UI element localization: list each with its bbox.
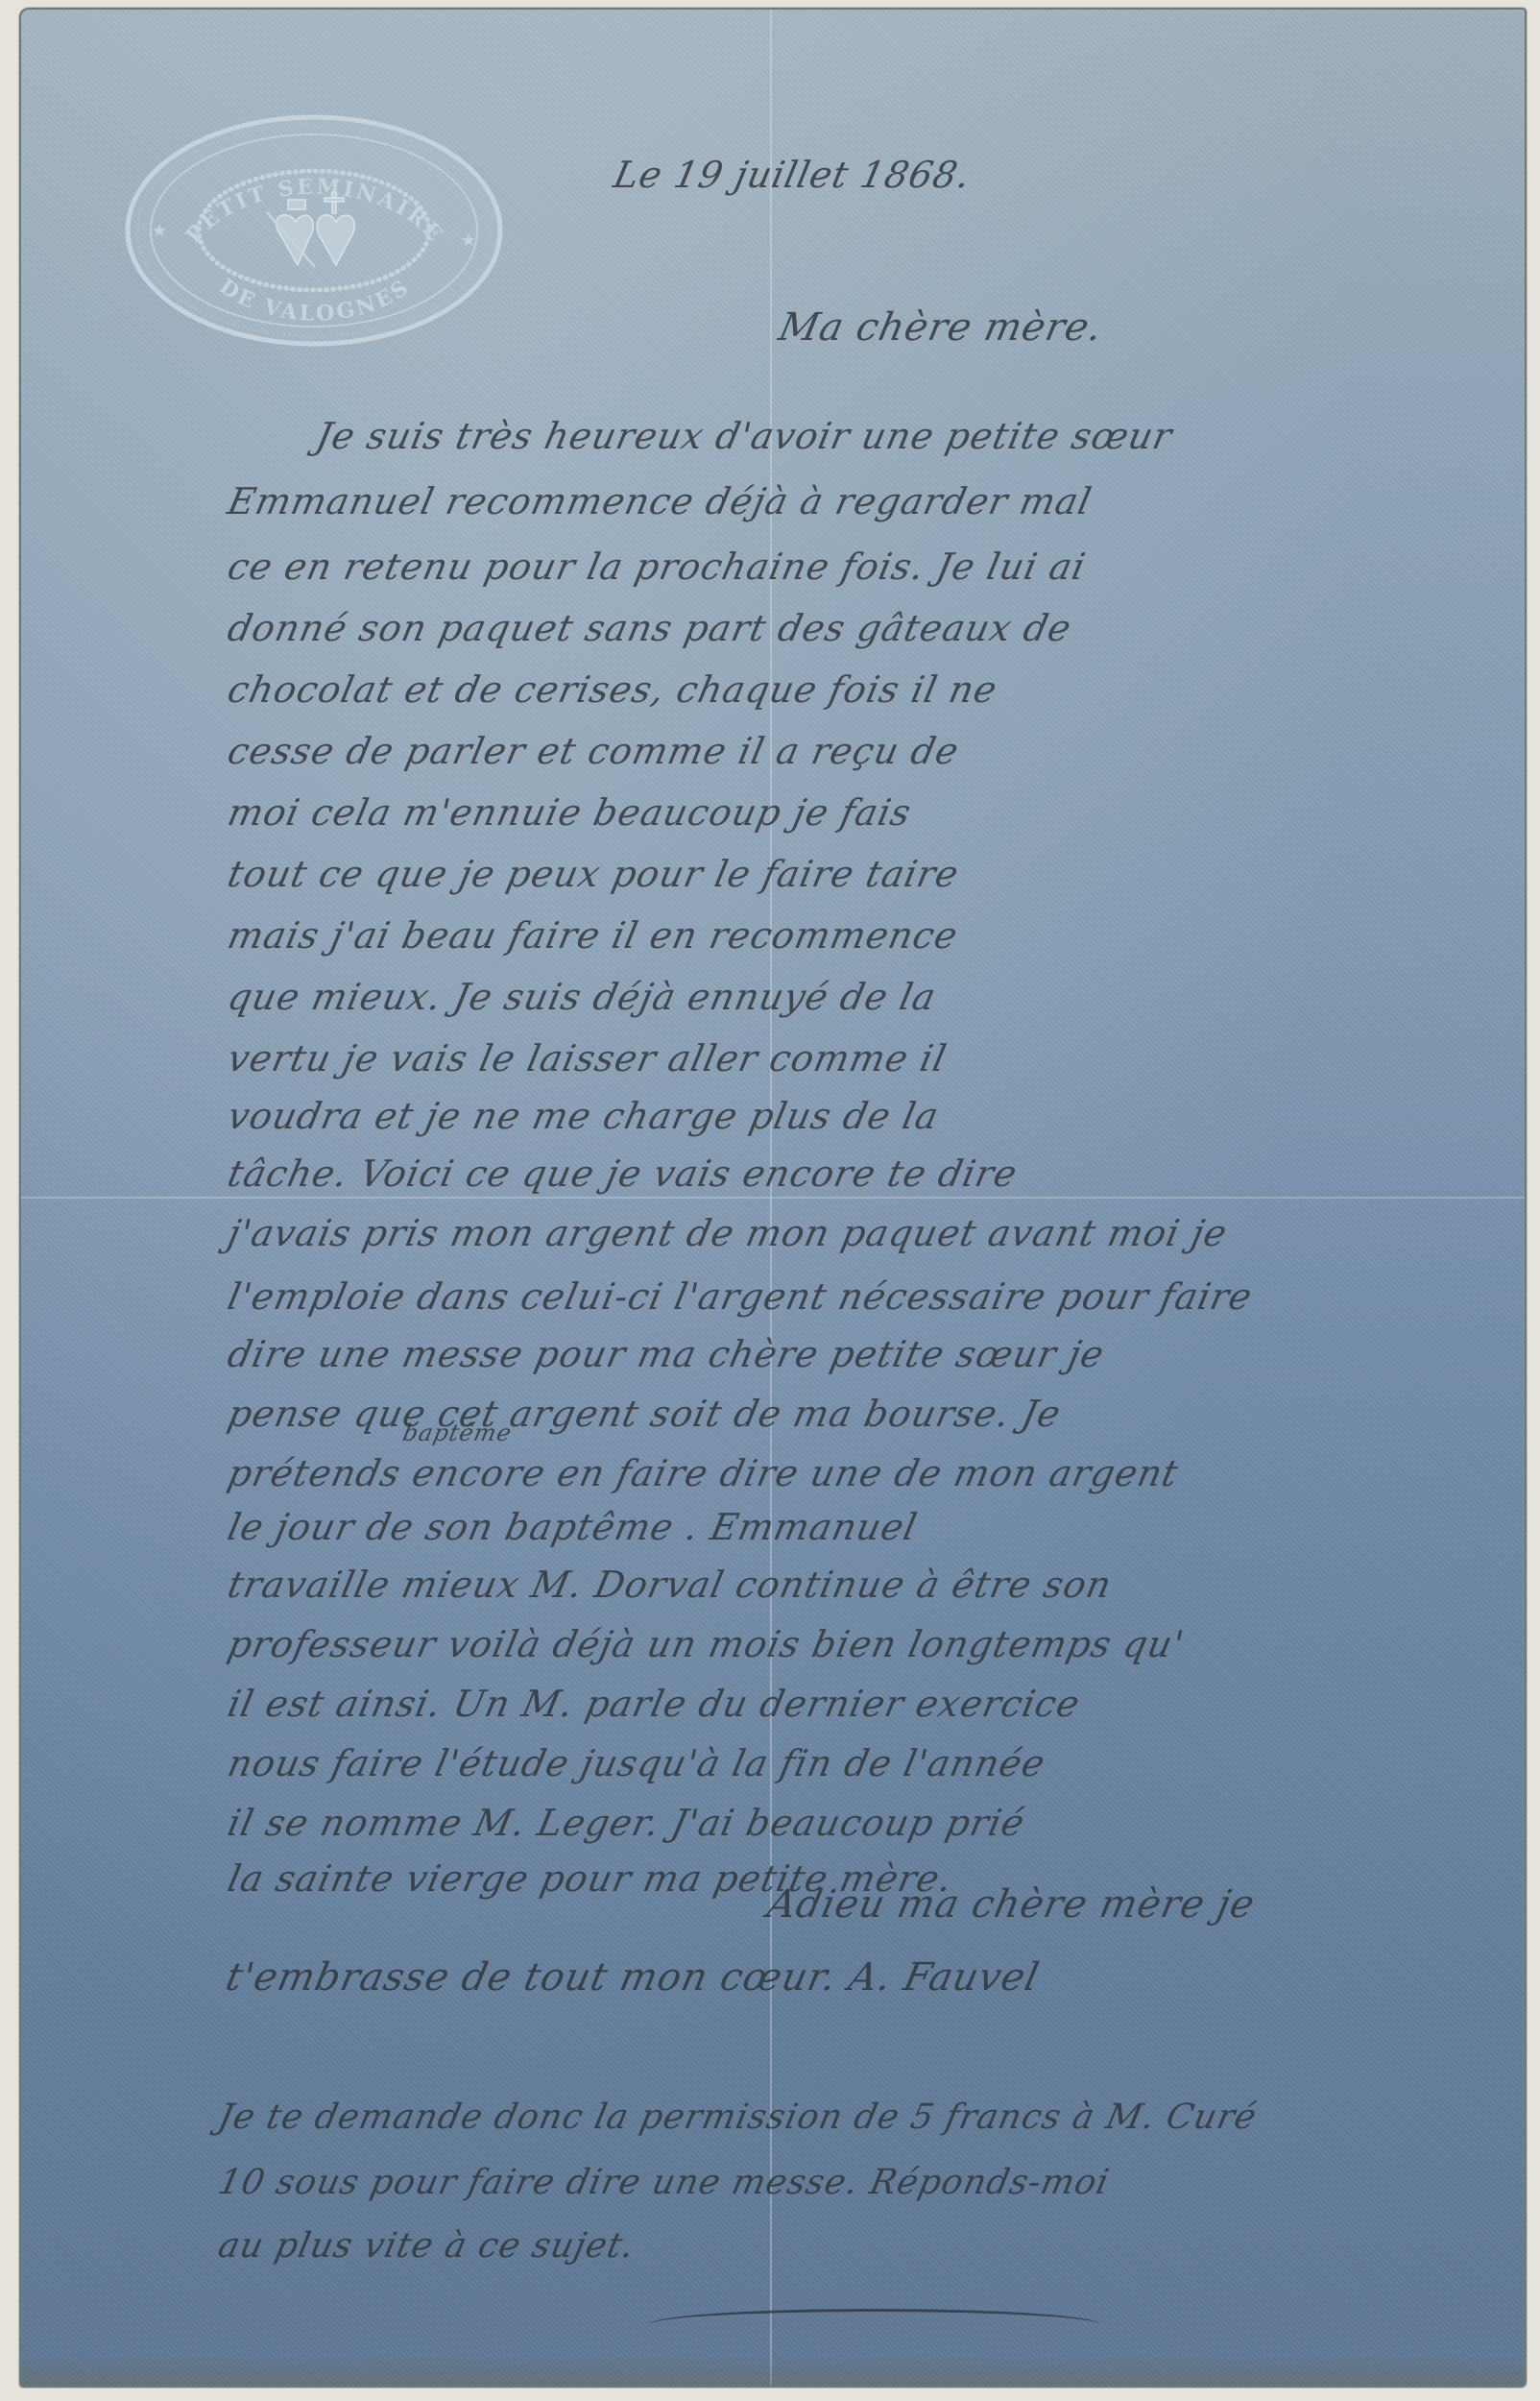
body-line: tâche. Voici ce que je vais encore te di… bbox=[224, 1152, 1021, 1195]
body-line: le jour de son baptême . Emmanuel bbox=[224, 1506, 921, 1548]
postscript-line: Je te demande donc la permission de 5 fr… bbox=[215, 2098, 1261, 2137]
body-line: Emmanuel recommence déjà à regarder mal bbox=[224, 480, 1095, 522]
body-line: mais j'ai beau faire il en recommence bbox=[224, 914, 962, 957]
body-line: professeur voilà déjà un mois bien longt… bbox=[224, 1623, 1188, 1665]
closing-flourish bbox=[649, 2309, 1100, 2340]
body-line: vertu je vais le laisser aller comme il bbox=[224, 1037, 950, 1079]
postscript-line: 10 sous pour faire dire une messe. Répon… bbox=[215, 2163, 1114, 2202]
letter-closing: Adieu ma chère mère je bbox=[763, 1882, 1259, 1927]
letter-salutation: Ma chère mère. bbox=[775, 305, 1107, 350]
postscript-line: au plus vite à ce sujet. bbox=[215, 2226, 638, 2266]
letter-paper bbox=[19, 8, 1527, 2388]
body-line: que mieux. Je suis déjà ennuyé de la bbox=[224, 976, 940, 1018]
body-line: tout ce que je peux pour le faire taire bbox=[224, 853, 963, 895]
body-line: travaille mieux M. Dorval continue à êtr… bbox=[224, 1564, 1116, 1606]
embossed-seal: PETIT SEMINAIRE DE VALOGNES ★ ★ bbox=[123, 111, 505, 350]
body-line: j'avais pris mon argent de mon paquet av… bbox=[224, 1212, 1231, 1254]
body-line: ce en retenu pour la prochaine fois. Je … bbox=[224, 546, 1090, 588]
body-line: dire une messe pour ma chère petite sœur… bbox=[224, 1333, 1108, 1375]
body-line: prétends encore en faire dire une de mon… bbox=[224, 1452, 1182, 1494]
letter-date: Le 19 juillet 1868. bbox=[610, 154, 975, 196]
seal-star-right-icon: ★ bbox=[461, 230, 476, 251]
body-line: l'emploie dans celui-ci l'argent nécessa… bbox=[224, 1275, 1256, 1318]
seal-oval-icon: PETIT SEMINAIRE DE VALOGNES ★ ★ bbox=[123, 111, 505, 350]
body-line: voudra et je ne me charge plus de la bbox=[224, 1095, 943, 1137]
body-line: pense que cet argent soit de ma bourse. … bbox=[224, 1393, 1065, 1435]
seal-star-left-icon: ★ bbox=[152, 221, 167, 241]
body-line: nous faire l'étude jusqu'à la fin de l'a… bbox=[224, 1742, 1049, 1784]
body-line: Je suis très heureux d'avoir une petite … bbox=[312, 415, 1176, 457]
body-line: moi cela m'ennuie beaucoup je fais bbox=[224, 791, 915, 834]
paper-edge-stain bbox=[21, 2357, 1525, 2386]
body-line: donné son paquet sans part des gâteaux d… bbox=[224, 607, 1075, 649]
body-line: chocolat et de cerises, chaque fois il n… bbox=[224, 668, 1001, 711]
inserted-correction: baptême bbox=[400, 1419, 515, 1446]
letter-embrace-signature: t'embrasse de tout mon cœur. A. Fauvel bbox=[222, 1955, 1044, 2000]
body-line: il se nomme M. Leger. J'ai beaucoup prié bbox=[224, 1802, 1028, 1844]
body-line: il est ainsi. Un M. parle du dernier exe… bbox=[224, 1683, 1084, 1725]
body-line: cesse de parler et comme il a reçu de bbox=[224, 730, 963, 772]
horizontal-fold-line bbox=[21, 1197, 1525, 1199]
